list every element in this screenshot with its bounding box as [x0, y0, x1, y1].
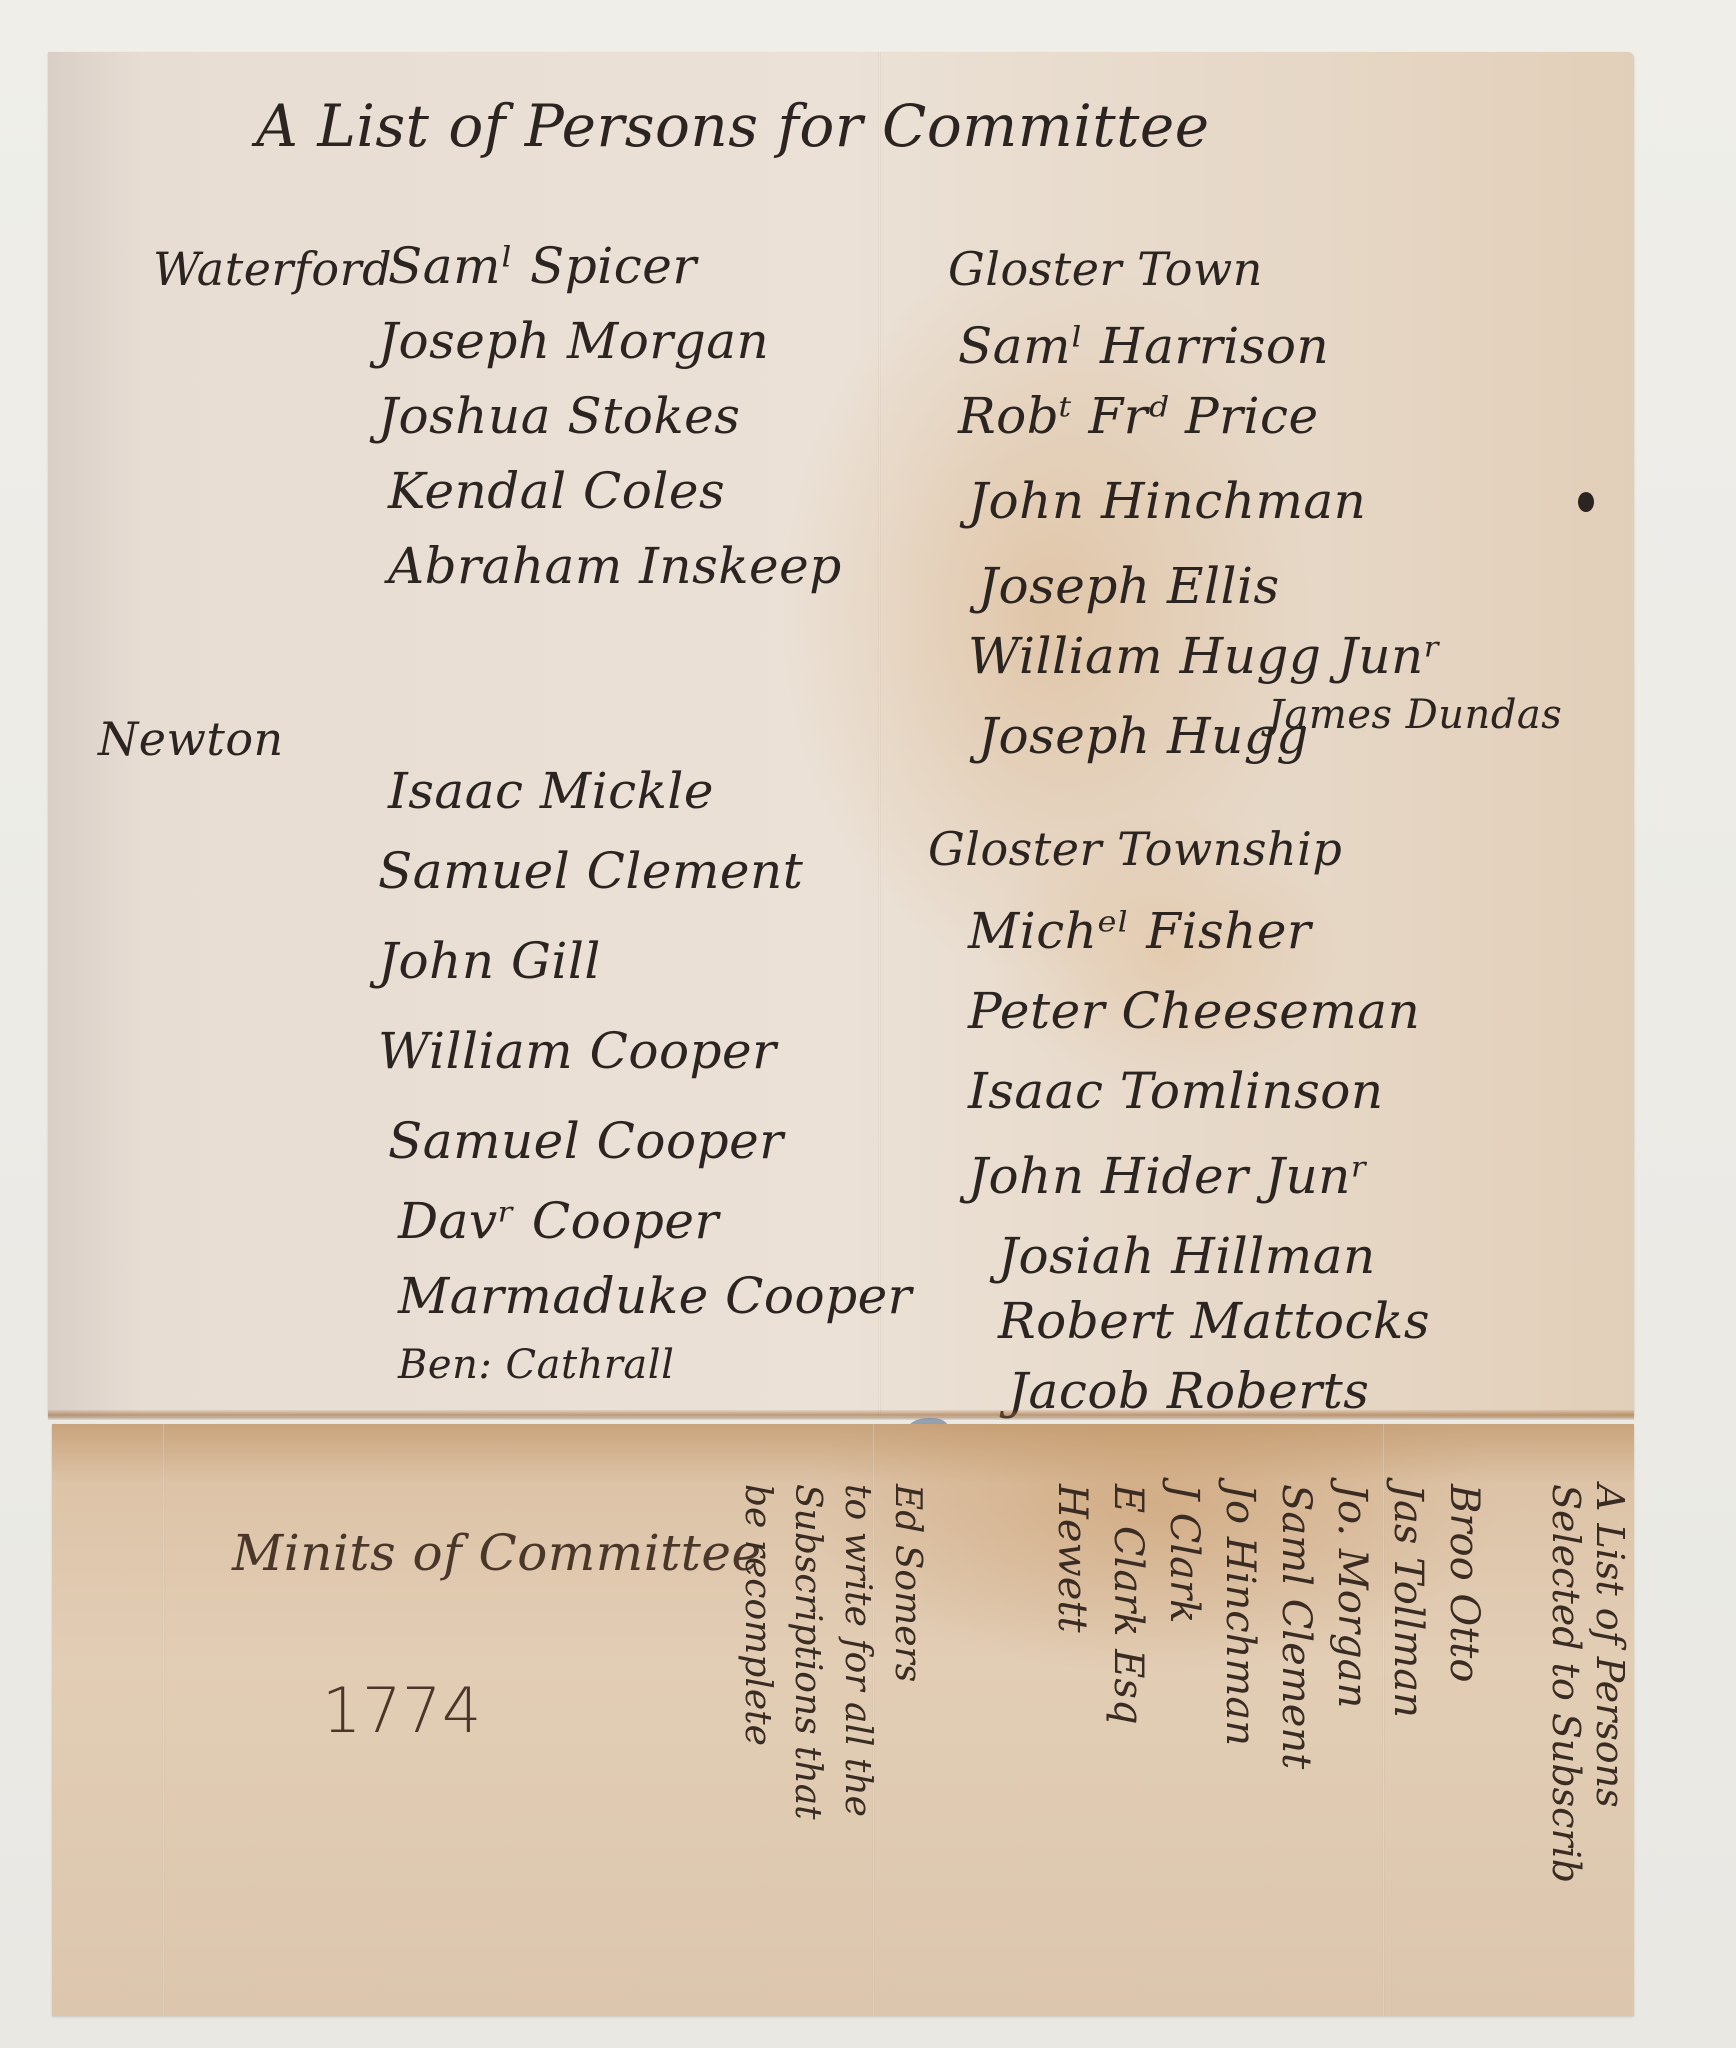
name-entry: Marmaduke Cooper — [398, 1267, 912, 1325]
note-line: to write for all the — [832, 1484, 882, 1820]
ink-blot-mark — [1578, 492, 1594, 512]
name-entry: Samuel Cooper — [388, 1112, 784, 1170]
note-line: Subscriptions that — [782, 1484, 832, 1820]
name-entry: Isaac Tomlinson — [968, 1062, 1384, 1120]
name-entry: Samuel Clement — [378, 842, 803, 900]
name-entry: Kendal Coles — [388, 462, 725, 520]
name-entry-inserted: James Dundas — [1268, 692, 1562, 738]
name-entry: Robert Mattocks — [998, 1292, 1430, 1350]
name-entry: John Hinchman — [968, 472, 1366, 530]
note-line: Ed Somers — [882, 1484, 932, 1820]
note-line: Jo Hinchman — [1212, 1484, 1268, 1769]
note-line: Selected to Subscrib — [1544, 1484, 1588, 1883]
place-label-newton: Newton — [98, 712, 284, 766]
note-line: Hewett — [1044, 1484, 1100, 1769]
rotated-note-names: Broo Otto Jas Tollman Jo. Morgan Saml Cl… — [1044, 1484, 1492, 1769]
name-entry: Joseph Morgan — [378, 312, 769, 370]
place-label-gloster-town: Gloster Town — [948, 242, 1263, 296]
note-line: A List of Persons — [1588, 1484, 1632, 1883]
year-marking: 1774 — [322, 1674, 482, 1747]
horizontal-fold-stain — [48, 1410, 1634, 1420]
name-entry: Robᵗ Frᵈ Price — [958, 387, 1319, 445]
document-title: A List of Persons for Committee — [256, 92, 1210, 160]
note-line: E Clark Esq — [1100, 1484, 1156, 1769]
vertical-fold-line — [878, 52, 881, 1417]
lower-docket-panel: Minits of Committee 1774 A List of Perso… — [52, 1424, 1634, 2016]
name-entry: Peter Cheeseman — [968, 982, 1420, 1040]
name-entry: Joshua Stokes — [378, 387, 740, 445]
manuscript-sheet: A List of Persons for Committee Waterfor… — [48, 52, 1634, 2016]
vertical-fold-line — [162, 1424, 165, 2016]
upper-sheet-panel: A List of Persons for Committee Waterfor… — [48, 52, 1634, 1417]
name-entry: Ben: Cathrall — [398, 1342, 674, 1388]
note-line: J Clark — [1156, 1484, 1212, 1769]
name-entry: William Cooper — [378, 1022, 777, 1080]
rotated-note-heading: A List of Persons Selected to Subscrib — [1544, 1484, 1632, 1883]
name-entry: Samˡ Spicer — [388, 237, 697, 295]
name-entry: Isaac Mickle — [388, 762, 714, 820]
name-entry: John Hider Junʳ — [968, 1147, 1369, 1205]
name-entry: William Hugg Junʳ — [968, 627, 1442, 685]
name-entry: Abraham Inskeep — [388, 537, 842, 595]
name-entry: Samˡ Harrison — [958, 317, 1329, 375]
note-line: Broo Otto — [1436, 1484, 1492, 1769]
name-entry: Joseph Ellis — [978, 557, 1280, 615]
docket-title: Minits of Committee — [232, 1524, 762, 1582]
name-entry: John Gill — [378, 932, 601, 990]
name-entry: Davʳ Cooper — [398, 1192, 719, 1250]
note-line: Jas Tollman — [1380, 1484, 1436, 1769]
note-line: Jo. Morgan — [1324, 1484, 1380, 1769]
rotated-note-instructions: Ed Somers to write for all the Subscript… — [732, 1484, 932, 1820]
place-label-gloster-township: Gloster Township — [928, 822, 1342, 876]
name-entry: Joseph Hugg — [978, 707, 1309, 765]
note-line: be recomplete — [732, 1484, 782, 1820]
name-entry: Michᵉˡ Fisher — [968, 902, 1311, 960]
note-line: Saml Clement — [1268, 1484, 1324, 1769]
name-entry: Josiah Hillman — [998, 1227, 1376, 1285]
place-label-waterford: Waterford — [153, 242, 392, 296]
